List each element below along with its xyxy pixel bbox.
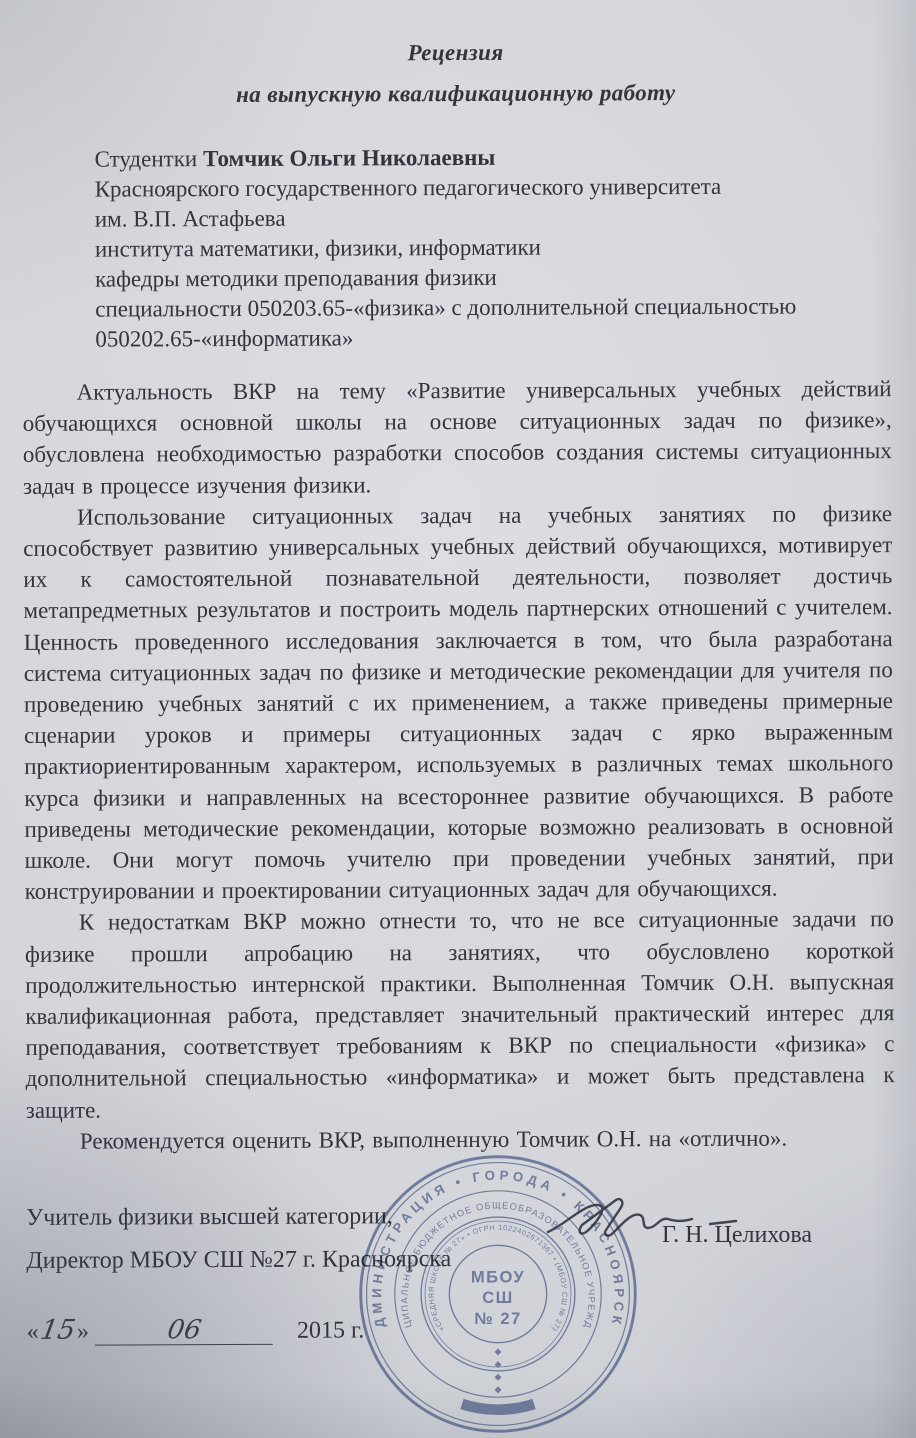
paragraph-shortcomings: К недостаткам ВКР можно отнести то, что … [25,904,895,1126]
paragraph-value: Использование ситуационных задач на учеб… [23,498,894,907]
svg-text:МБОУ: МБОУ [471,1267,525,1286]
student-name: Томчик Ольги Николаевны [203,145,495,171]
svg-text:СШ: СШ [482,1288,513,1307]
student-line: СтуденткиТомчик Ольги Николаевны [94,141,890,174]
review-body: Актуальность ВКР на тему «Развитие униве… [23,373,895,1157]
title-line-2: на выпускную квалификационную работу [21,79,890,109]
quote-open: « [27,1319,39,1346]
handwritten-day: 15 [38,1315,78,1346]
student-line: специальности 050203.65-«физика» с допол… [95,291,891,324]
document-page: Рецензия на выпускную квалификационную р… [0,0,916,1438]
stamp-bottom-band [462,1404,534,1410]
stamp-center-text: МБОУ СШ № 27 [471,1267,525,1328]
title-line-1: Рецензия [21,38,890,68]
student-line: им. В.П. Астафьева [95,201,891,234]
signature-scribble [540,1190,790,1254]
student-line: Красноярского государственного педагогич… [95,171,891,204]
paragraph-relevance: Актуальность ВКР на тему «Развитие униве… [23,373,893,502]
quote-close: » [77,1319,89,1346]
student-prefix: Студентки [94,146,197,171]
student-line: 050202.65-«информатика» [95,321,891,354]
student-info-block: СтуденткиТомчик Ольги Николаевны Красноя… [94,141,891,354]
student-line: кафедры методики преподавания физики [95,261,891,294]
handwritten-month: 06 [165,1317,203,1344]
month-blank-line: 06 [95,1317,273,1346]
document-title: Рецензия на выпускную квалификационную р… [21,38,890,109]
student-line: института математики, физики, информатик… [95,231,891,264]
svg-text:№ 27: № 27 [474,1309,521,1328]
